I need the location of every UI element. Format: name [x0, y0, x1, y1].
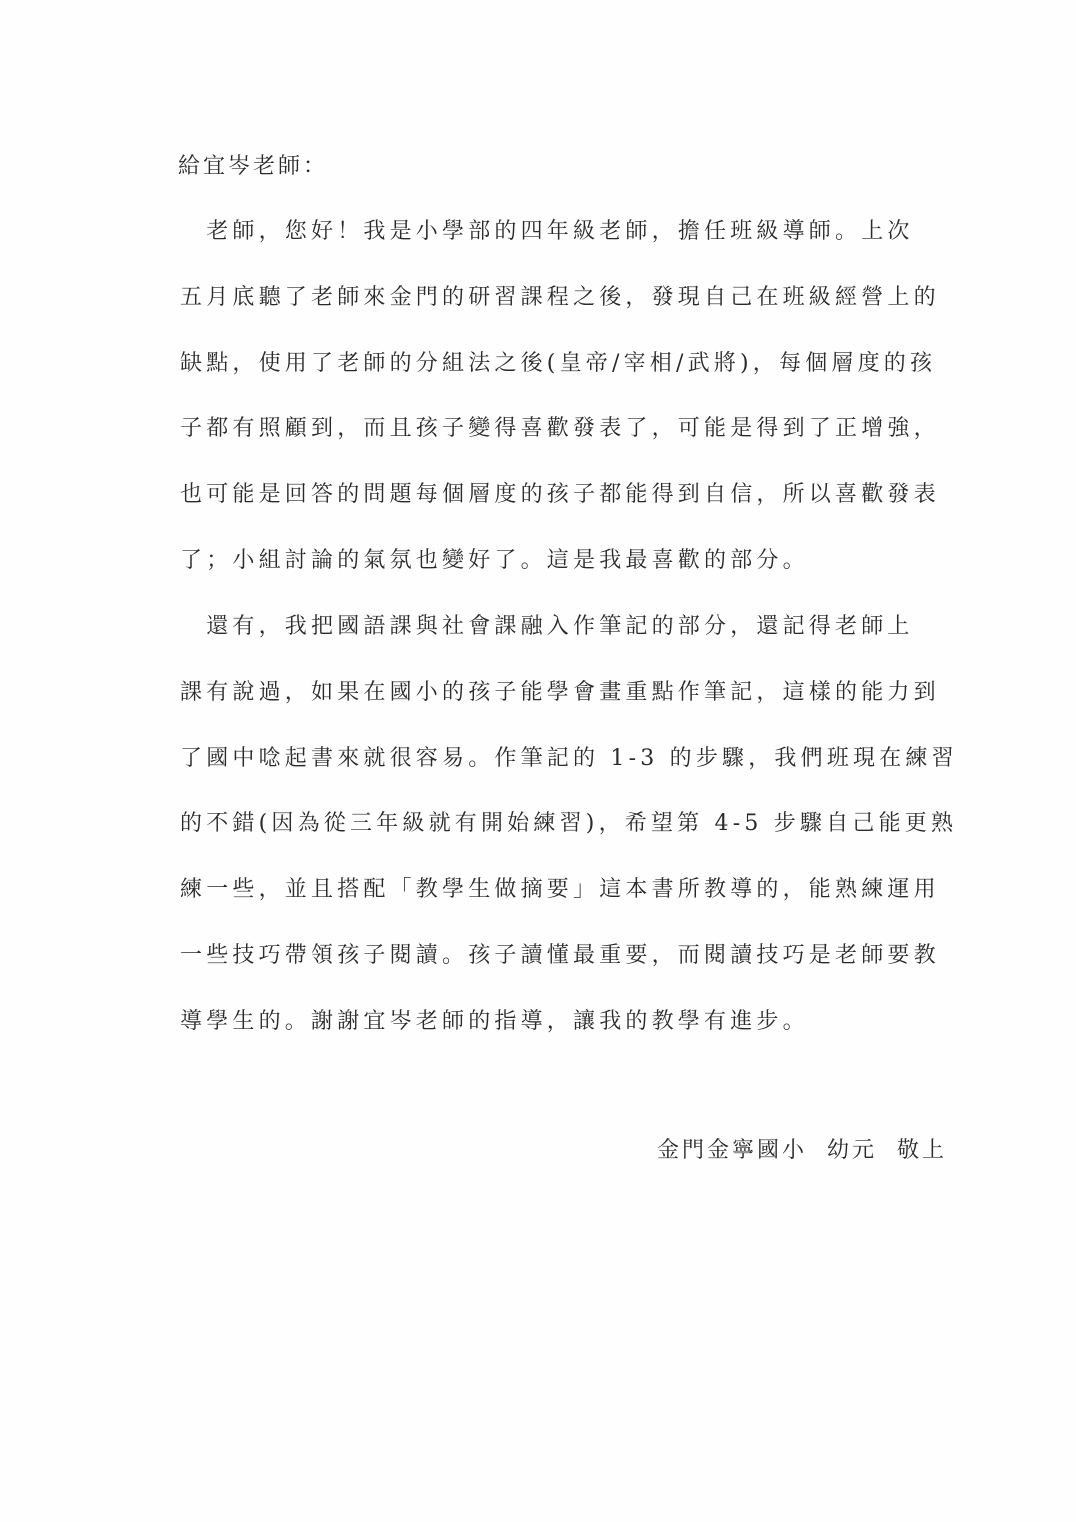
paragraph-line: 了；小組討論的氣氛也變好了。這是我最喜歡的部分。	[180, 545, 809, 577]
paragraph-line: 老師，您好！我是小學部的四年級老師，擔任班級導師。上次	[180, 216, 914, 248]
letter-page: 給宜岑老師： 老師，您好！我是小學部的四年級老師，擔任班級導師。上次 五月底聽了…	[0, 0, 1076, 1522]
paragraph-line: 課有說過，如果在國小的孩子能學會畫重點作筆記，這樣的能力到	[180, 677, 940, 709]
paragraph-line: 一些技巧帶領孩子閱讀。孩子讀懂最重要，而閱讀技巧是老師要教	[180, 940, 940, 972]
paragraph-line: 也可能是回答的問題每個層度的孩子都能得到自信，所以喜歡發表	[180, 479, 940, 511]
letter-signature: 金門金寧國小 幼元 敬上	[657, 1135, 947, 1167]
paragraph-line: 了國中唸起書來就很容易。作筆記的 1-3 的步驟，我們班現在練習	[180, 743, 958, 775]
paragraph-line: 還有，我把國語課與社會課融入作筆記的部分，還記得老師上	[180, 611, 914, 643]
paragraph-line: 子都有照顧到，而且孩子變得喜歡發表了，可能是得到了正增強，	[180, 413, 940, 445]
paragraph-line: 導學生的。謝謝宜岑老師的指導，讓我的教學有進步。	[180, 1006, 809, 1038]
paragraph-line: 的不錯(因為從三年級就有開始練習)，希望第 4-5 步驟自己能更熟	[180, 808, 957, 840]
letter-salutation: 給宜岑老師：	[178, 151, 328, 183]
paragraph-line: 練一些，並且搭配「教學生做摘要」這本書所教導的，能熟練運用	[180, 874, 940, 906]
paragraph-line: 缺點，使用了老師的分組法之後(皇帝/宰相/武將)，每個層度的孩	[180, 348, 936, 380]
paragraph-line: 五月底聽了老師來金門的研習課程之後，發現自己在班級經營上的	[180, 282, 940, 314]
